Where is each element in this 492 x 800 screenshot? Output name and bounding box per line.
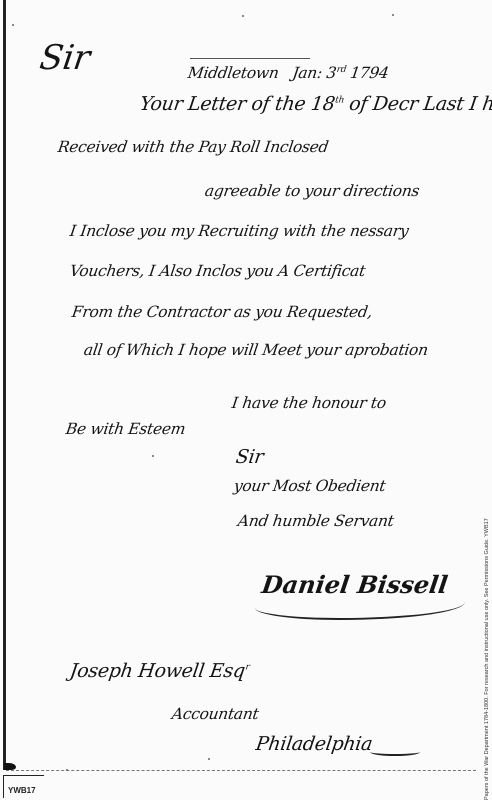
dateline-overline [190,58,310,59]
body-line-1-text: Your Letter of the 18 [138,93,336,115]
body-line-7: all of Which I hope will Meet your aprob… [83,341,429,359]
ink-blot [4,763,16,770]
scan-left-border [3,0,6,770]
body-line-2: Received with the Pay Roll Inclosed [57,138,330,156]
closing-line-5: And humble Servant [237,512,395,530]
scan-speck [392,14,394,16]
scan-speck [242,15,244,17]
dateline-day-suffix: rd [336,65,347,75]
body-line-1: Your Letter of the 18th of Decr Last I h… [138,93,492,115]
body-line-6: From the Contractor as you Requested, [71,303,374,321]
addressee-name-text: Joseph Howell Esq [68,660,246,682]
signature-flourish [255,590,465,620]
addressee-name: Joseph Howell Esqr [68,660,250,682]
salutation: Sir [37,38,92,78]
dateline-place: Middletown [187,64,280,82]
addressee-place: Philadelphia [254,733,373,755]
addressee-name-sup: r [245,663,250,673]
archive-side-note: Papers of the War Department 1784-1800. … [484,440,490,800]
scan-speck [152,455,154,457]
dateline: Middletown Jan: 3rd 1794 [187,64,390,82]
closing-line-1: I have the honour to [231,394,387,412]
body-line-4: I Inclose you my Recruiting with the nes… [69,222,410,240]
scan-speck [66,769,68,771]
archive-reference-code: YWB17 [8,786,36,795]
addressee-title: Accountant [171,705,260,723]
place-flourish [370,748,420,756]
body-line-1b-text: of Decr Last I have [348,93,492,115]
scan-speck [12,24,14,26]
letter-page: Sir Middletown Jan: 3rd 1794 Your Letter… [0,0,492,800]
scan-bottom-rule [6,770,476,772]
dateline-date-prefix: Jan: [291,64,323,82]
dateline-year: 1794 [349,64,390,82]
body-line-5: Vouchers, I Also Inclos you A Certificat [69,262,367,280]
closing-line-2: Be with Esteem [65,420,187,438]
scan-speck [208,758,210,760]
closing-line-4: your Most Obedient [233,477,387,495]
body-line-1-sup: th [334,96,344,106]
body-line-3: agreeable to your directions [204,182,421,200]
closing-line-3: Sir [234,446,264,468]
